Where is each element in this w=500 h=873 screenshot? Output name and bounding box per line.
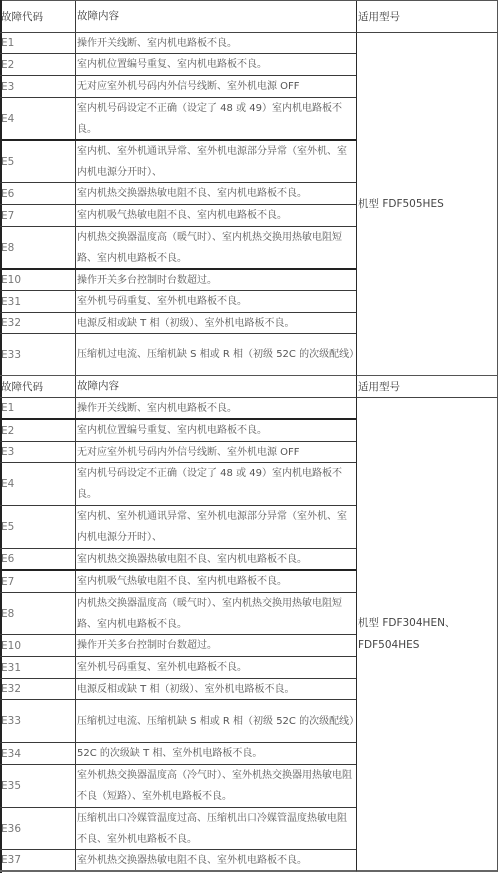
fault-content: 室内机号码设定不正确（设定了 48 或 49）室内机电路板不良。 [76,98,356,139]
table-row: E1 操作开关线断、室内机电路板不良。 [0,398,356,420]
table2-header-model: 适用型号 [356,376,498,398]
table-row: E10 操作开关多台控制时台数超过。 [0,270,356,291]
fault-code: E3 [0,442,76,462]
fault-content: 操作开关多台控制时台数超过。 [76,270,356,290]
table-row: E6 室内机热交换器热敏电阻不良、室内机电路板不良。 [0,549,356,571]
fault-content: 操作开关线断、室内机电路板不良。 [76,398,356,418]
table-row: E33 压缩机过电流、压缩机缺 S 相或 R 相（初级 52C 的次级配线） [0,334,356,376]
fault-code: E34 [0,743,76,764]
fault-code: E36 [0,808,76,849]
model-name-line2: FDF504HES [358,634,419,656]
fault-content: 压缩机过电流、压缩机缺 S 相或 R 相（初级 52C 的次级配线） [76,334,356,375]
table-row: E33 压缩机过电流、压缩机缺 S 相或 R 相（初级 52C 的次级配线） [0,700,356,743]
fault-code: E37 [0,850,76,870]
fault-code: E1 [0,33,76,53]
fault-code: E6 [0,549,76,569]
table-row: E5 室内机、室外机通讯异常、室外机电源部分异常（室外机、室内机电源分开时）、 [0,506,356,549]
table-row: E7 室内机吸气热敏电阻不良、室内机电路板不良。 [0,205,356,227]
fault-content: 无对应室外机号码内外信号线断、室外机电源 OFF [76,76,356,97]
fault-content: 电源反相或缺 T 相（初级）、室外机电路板不良。 [76,313,356,333]
table-row: E31 室外机号码重复、室外机电路板不良。 [0,291,356,313]
fault-code: E31 [0,291,76,312]
table-row: E32 电源反相或缺 T 相（初级）、室外机电路板不良。 [0,313,356,334]
table2-header-row: 故障代码 故障内容 [0,376,356,398]
fault-code: E5 [0,141,76,182]
table1-model-cell: 机型 FDF505HES [356,33,498,376]
fault-code: E35 [0,765,76,807]
table-row: E34 52C 的次级缺 T 相、室外机电路板不良。 [0,743,356,765]
header-content: 故障内容 [76,376,356,397]
table-row: E8 内机热交换器温度高（暖气时）、室内机热交换用热敏电阻短路、室内机电路板不良… [0,593,356,635]
fault-content: 室内机位置编号重复、室内机电路板不良。 [76,54,356,75]
fault-code: E6 [0,183,76,204]
table-row: E2 室内机位置编号重复、室内机电路板不良。 [0,420,356,442]
fault-code: E33 [0,700,76,742]
fault-code: E33 [0,334,76,375]
table-row: E31 室外机号码重复、室外机电路板不良。 [0,657,356,679]
table-row: E3 无对应室外机号码内外信号线断、室外机电源 OFF [0,442,356,463]
fault-content: 无对应室外机号码内外信号线断、室外机电源 OFF [76,442,356,462]
table1-header-row: 故障代码 故障内容 [0,1,356,33]
fault-code: E8 [0,227,76,268]
table2-model-cell: 机型 FDF304HEN、 FDF504HES [356,398,498,872]
fault-content: 操作开关线断、室内机电路板不良。 [76,33,356,53]
table-row: E4 室内机号码设定不正确（设定了 48 或 49）室内机电路板不良。 [0,98,356,141]
fault-content: 操作开关多台控制时台数超过。 [76,635,356,656]
fault-code: E10 [0,270,76,290]
fault-code: E1 [0,398,76,418]
table-row: E4 室内机号码设定不正确（设定了 48 或 49）室内机电路板不良。 [0,463,356,506]
table-row: E10 操作开关多台控制时台数超过。 [0,635,356,657]
fault-code: E4 [0,98,76,139]
table-row: E7 室内机吸气热敏电阻不良、室内机电路板不良。 [0,571,356,593]
fault-content: 室内机吸气热敏电阻不良、室内机电路板不良。 [76,205,356,226]
fault-code: E7 [0,205,76,226]
fault-content: 室内机号码设定不正确（设定了 48 或 49）室内机电路板不良。 [76,463,356,505]
fault-code: E2 [0,420,76,441]
fault-code: E8 [0,593,76,634]
table-row: E35 室外机热交换器温度高（冷气时）、室外机热交换器用热敏电阻不良（短路）、室… [0,765,356,808]
fault-content: 室外机号码重复、室外机电路板不良。 [76,657,356,678]
fault-code: E32 [0,313,76,333]
fault-content: 室外机号码重复、室外机电路板不良。 [76,291,356,312]
fault-code: E32 [0,679,76,699]
table1-header-model: 适用型号 [356,1,498,33]
fault-code: E4 [0,463,76,505]
fault-code: E5 [0,506,76,548]
fault-content: 电源反相或缺 T 相（初级）、室外机电路板不良。 [76,679,356,699]
fault-code: E2 [0,54,76,75]
fault-code: E31 [0,657,76,678]
header-code: 故障代码 [0,376,76,397]
table-row: E5 室内机、室外机通讯异常、室外机电源部分异常（室外机、室内机电源分开时）、 [0,141,356,183]
model-name: 机型 FDF505HES [358,193,444,215]
header-content: 故障内容 [76,1,356,32]
header-code: 故障代码 [0,1,76,32]
fault-code: E10 [0,635,76,656]
table-row: E32 电源反相或缺 T 相（初级）、室外机电路板不良。 [0,679,356,700]
table-row: E6 室内机热交换器热敏电阻不良、室内机电路板不良。 [0,183,356,205]
fault-content: 内机热交换器温度高（暖气时）、室内机热交换用热敏电阻短路、室内机电路板不良。 [76,593,356,634]
fault-content: 室内机热交换器热敏电阻不良、室内机电路板不良。 [76,183,356,204]
fault-content: 室外机热交换器温度高（冷气时）、室外机热交换器用热敏电阻不良（短路）、室外机电路… [76,765,356,807]
table-row: E37 室外机热交换器热敏电阻不良、室外机电路板不良。 [0,850,356,872]
table-row: E1 操作开关线断、室内机电路板不良。 [0,33,356,54]
fault-content: 室外机热交换器热敏电阻不良、室外机电路板不良。 [76,850,356,870]
fault-content: 内机热交换器温度高（暖气时）、室内机热交换用热敏电阻短路、室内机电路板不良。 [76,227,356,268]
fault-content: 压缩机出口冷媒管温度过高、压缩机出口冷媒管温度热敏电阻不良、室外机电路板不良。 [76,808,356,849]
model-name-line1: 机型 FDF304HEN、 [358,612,455,634]
fault-content: 52C 的次级缺 T 相、室外机电路板不良。 [76,743,356,764]
table-row: E36 压缩机出口冷媒管温度过高、压缩机出口冷媒管温度热敏电阻不良、室外机电路板… [0,808,356,850]
fault-content: 室内机、室外机通讯异常、室外机电源部分异常（室外机、室内机电源分开时）、 [76,141,356,182]
fault-code: E3 [0,76,76,97]
fault-content: 压缩机过电流、压缩机缺 S 相或 R 相（初级 52C 的次级配线） [76,700,356,742]
fault-content: 室内机、室外机通讯异常、室外机电源部分异常（室外机、室内机电源分开时）、 [76,506,356,548]
fault-content: 室内机吸气热敏电阻不良、室内机电路板不良。 [76,571,356,592]
fault-content: 室内机热交换器热敏电阻不良、室内机电路板不良。 [76,549,356,569]
fault-code: E7 [0,571,76,592]
table-row: E8 内机热交换器温度高（暖气时）、室内机热交换用热敏电阻短路、室内机电路板不良… [0,227,356,270]
table-row: E3 无对应室外机号码内外信号线断、室外机电源 OFF [0,76,356,98]
table-row: E2 室内机位置编号重复、室内机电路板不良。 [0,54,356,76]
fault-content: 室内机位置编号重复、室内机电路板不良。 [76,420,356,441]
